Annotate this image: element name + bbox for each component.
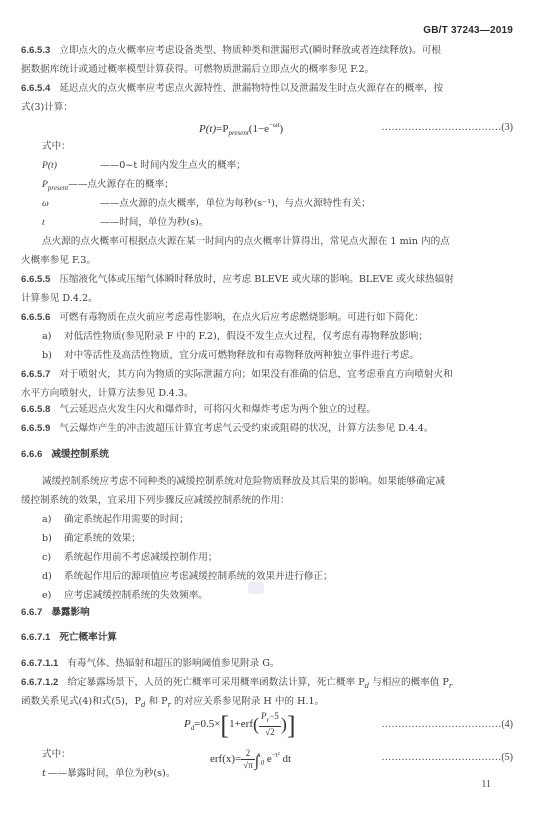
clause-number: 6.6.5.7: [21, 369, 50, 380]
list-text: 系统起作用前不考虑减缓控制作用；: [64, 552, 218, 563]
list-text: 确定系统的效果；: [64, 533, 141, 544]
clause-6-6-5-8: 6.6.5.8气云延迟点火发生闪火和爆炸时，可将闪火和爆炸考虑为两个独立的过程。: [21, 401, 513, 420]
standard-code-header: GB/T 37243—2019: [423, 22, 513, 41]
section-heading-6-6-6: 6.6.6减缓控制系统: [21, 446, 513, 465]
clause-text: 的对应关系参见附录 H 中的 H.1。: [171, 696, 324, 707]
clause-number: 6.6.7.1.2: [21, 677, 58, 688]
where-label: 式中：: [42, 138, 513, 157]
clause-text: 给定暴露场景下，人员的死亡概率可采用概率函数法计算，死亡概率 P: [67, 677, 364, 688]
clause-text: 有毒气体、热辐射和超压的影响阈值参见附录 G。: [67, 658, 279, 669]
clause-number: 6.6.5.8: [21, 404, 50, 415]
list-item: b)确定系统的效果；: [42, 530, 513, 549]
ignition-para-line2: 火概率参见 F.3。: [21, 252, 513, 271]
clause-text: 延迟点火的点火概率应考虑点火源特性、泄漏物特性以及泄漏发生时点火源存在的概率，按: [59, 83, 443, 94]
var-symbol: ω: [42, 195, 100, 214]
clause-6-6-5-7-line1: 6.6.5.7对于喷射火，其方向为物质的实际泄漏方向；如果没有准确的信息，宜考虑…: [21, 366, 513, 385]
ignition-para-line1: 点火源的点火概率可根据点火源在某一时间内的点火概率计算得出，常见点火源在 1 m…: [42, 233, 513, 252]
formula-close: ): [280, 123, 284, 135]
formula-fraction: Pr−5√2: [259, 711, 281, 738]
formula-body: (1−e: [249, 123, 269, 135]
section-title: 减缓控制系统: [51, 449, 109, 460]
subscript: r: [449, 682, 452, 690]
formula-rhs: =P: [216, 123, 228, 135]
var-desc: ——时间，单位为秒(s)。: [100, 217, 208, 228]
clause-number: 6.6.5.3: [21, 45, 50, 56]
clause-text: 气云爆炸产生的冲击波超压计算宜考虑气云受约束或阻碍的状况，计算方法参见 D.4.…: [59, 423, 433, 434]
formula-lhs: P: [184, 718, 191, 730]
clause-text: 与相应的概率值 P: [369, 677, 449, 688]
right-bracket: ]: [287, 711, 296, 740]
clause-text: 对于喷射火，其方向为物质的实际泄漏方向；如果没有准确的信息，宜考虑垂直方向喷射火…: [59, 369, 452, 380]
list-text: 对中等活性及高活性物质，宜分成可燃物释放和有毒物释放两种独立事件进行考虑。: [64, 350, 419, 361]
section-number: 6.6.6: [21, 449, 42, 460]
list-marker: b): [42, 530, 64, 549]
var-symbol: P(t): [42, 157, 100, 176]
list-item: d)系统起作用后的源项值应考虑减缓控制系统的效果并进行修正；: [42, 568, 513, 587]
var-desc: ——暴露时间，单位为秒(s)。: [48, 768, 176, 779]
clause-6-6-5-6-line1: 6.6.5.6可燃有毒物质在点火前应考虑毒性影响，在点火后应考虑燃烧影响。可进行…: [21, 309, 513, 328]
list-item: a)对低活性物质(参见附录 F 中的 F.2)，假设不发生点火过程，仅考虑有毒物…: [42, 328, 513, 347]
clause-6-6-5-3-line1: 6.6.5.3立即点火的点火概率应考虑设备类型、物质种类和泄漏形式(瞬时释放或者…: [21, 42, 513, 61]
clause-number: 6.6.5.4: [21, 83, 50, 94]
formula-erf: 1+erf: [229, 718, 253, 730]
list-item: c)系统起作用前不考虑减缓控制作用；: [42, 549, 513, 568]
list-item: e)应考虑减缓控制系统的失效频率。: [42, 587, 513, 606]
clause-number: 6.6.5.6: [21, 312, 50, 323]
list-marker: a): [42, 328, 64, 347]
var-symbol: t: [42, 768, 46, 779]
var-symbol: t: [42, 214, 100, 233]
formula-eq: =0.5×: [194, 718, 220, 730]
mitigation-para-line2: 缓控制系统的效果，宜采用下列步骤反应减缓控制系统的作用：: [21, 492, 513, 511]
clause-text: 可燃有毒物质在点火前应考虑毒性影响，在点火后应考虑燃烧影响。可进行如下简化：: [59, 312, 424, 323]
var-desc: ——点火源存在的概率；: [68, 179, 174, 190]
list-marker: a): [42, 511, 64, 530]
list-text: 对低活性物质(参见附录 F 中的 F.2)，假设不发生点火过程，仅考虑有毒物释放…: [64, 331, 428, 342]
list-text: 确定系统起作用需要的时间；: [64, 514, 189, 525]
list-text: 系统起作用后的源项值应考虑减缓控制系统的效果并进行修正；: [64, 571, 333, 582]
page-number: 11: [481, 776, 491, 795]
clause-text: 立即点火的点火概率应考虑设备类型、物质种类和泄漏形式(瞬时释放或者连续释放)。可…: [59, 45, 441, 56]
list-marker: c): [42, 549, 64, 568]
where-var-row: t——暴露时间，单位为秒(s)。: [42, 765, 513, 784]
clause-number: 6.6.5.9: [21, 423, 50, 434]
clause-text: 压缩液化气体或压缩气体瞬时释放时，应考虑 BLEVE 或火球的影响。BLEVE …: [59, 274, 453, 285]
clause-6-6-5-4-line1: 6.6.5.4延迟点火的点火概率应考虑点火源特性、泄漏物特性以及泄漏发生时点火源…: [21, 80, 513, 99]
list-marker: d): [42, 568, 64, 587]
equation-number-4: ………………………………(4): [381, 716, 513, 735]
clause-6-6-5-9: 6.6.5.9气云爆炸产生的冲击波超压计算宜考虑气云受约束或阻碍的状况，计算方法…: [21, 420, 513, 439]
clause-text: 气云延迟点火发生闪火和爆炸时，可将闪火和爆炸考虑为两个独立的过程。: [59, 404, 376, 415]
clause-6-6-5-5-line1: 6.6.5.5压缩液化气体或压缩气体瞬时释放时，应考虑 BLEVE 或火球的影响…: [21, 271, 513, 290]
where-var-row: ω——点火源的点火概率，单位为每秒(s⁻¹)，与点火源特性有关；: [42, 195, 513, 214]
clause-6-6-5-3-line2: 据数据库统计或通过概率模型计算获得。可燃物质泄漏后立即点火的概率参见 F.2。: [21, 61, 513, 80]
formula-superscript: −ωt: [269, 121, 280, 129]
left-bracket: [: [220, 711, 229, 740]
list-marker: e): [42, 587, 64, 606]
watermark-icon: [248, 582, 264, 594]
where-var-row: t——时间，单位为秒(s)。: [42, 214, 513, 233]
document-page: GB/T 37243—2019 6.6.5.3立即点火的点火概率应考虑设备类型、…: [0, 0, 553, 819]
formula-lhs: P(t): [199, 123, 216, 135]
clause-number: 6.6.5.5: [21, 274, 50, 285]
section-number: 6.6.7: [21, 607, 42, 618]
list-item: b)对中等活性及高活性物质，宜分成可燃物释放和有毒物释放两种独立事件进行考虑。: [42, 347, 513, 366]
where-label-2: 式中：: [42, 746, 513, 765]
list-text: 应考虑减缓控制系统的失效频率。: [64, 590, 208, 601]
list-item: a)确定系统起作用需要的时间；: [42, 511, 513, 530]
clause-6-6-5-5-line2: 计算参见 D.4.2。: [21, 290, 513, 309]
section-title: 暴露影响: [51, 607, 89, 618]
clause-text: 和 P: [145, 696, 167, 707]
mitigation-para-line1: 减缓控制系统应考虑不同种类的减缓控制系统对危险物质释放及其后果的影响。如果能够确…: [42, 473, 513, 492]
formula-subscript: present: [228, 129, 248, 137]
clause-text: 函数关系见式(4)和式(5)，P: [21, 696, 141, 707]
list-marker: b): [42, 347, 64, 366]
section-number: 6.6.7.1: [21, 632, 50, 643]
formula-4: Pd=0.5×[1+erf(Pr−5√2)]: [184, 711, 295, 738]
var-desc: ——0~t 时间内发生点火的概率；: [100, 160, 246, 171]
section-title: 死亡概率计算: [59, 632, 117, 643]
where-var-row: P(t)——0~t 时间内发生点火的概率；: [42, 157, 513, 176]
section-heading-6-6-7-1: 6.6.7.1死亡概率计算: [21, 629, 513, 648]
clause-6-6-7-1-1: 6.6.7.1.1有毒气体、热辐射和超压的影响阈值参见附录 G。: [21, 655, 513, 674]
clause-6-6-5-4-line2: 式(3)计算：: [21, 99, 513, 118]
section-heading-6-6-7: 6.6.7暴露影响: [21, 604, 513, 623]
equation-number-3: ………………………………(3): [381, 119, 513, 138]
var-desc: ——点火源的点火概率，单位为每秒(s⁻¹)，与点火源特性有关；: [100, 198, 371, 209]
clause-number: 6.6.7.1.1: [21, 658, 58, 669]
